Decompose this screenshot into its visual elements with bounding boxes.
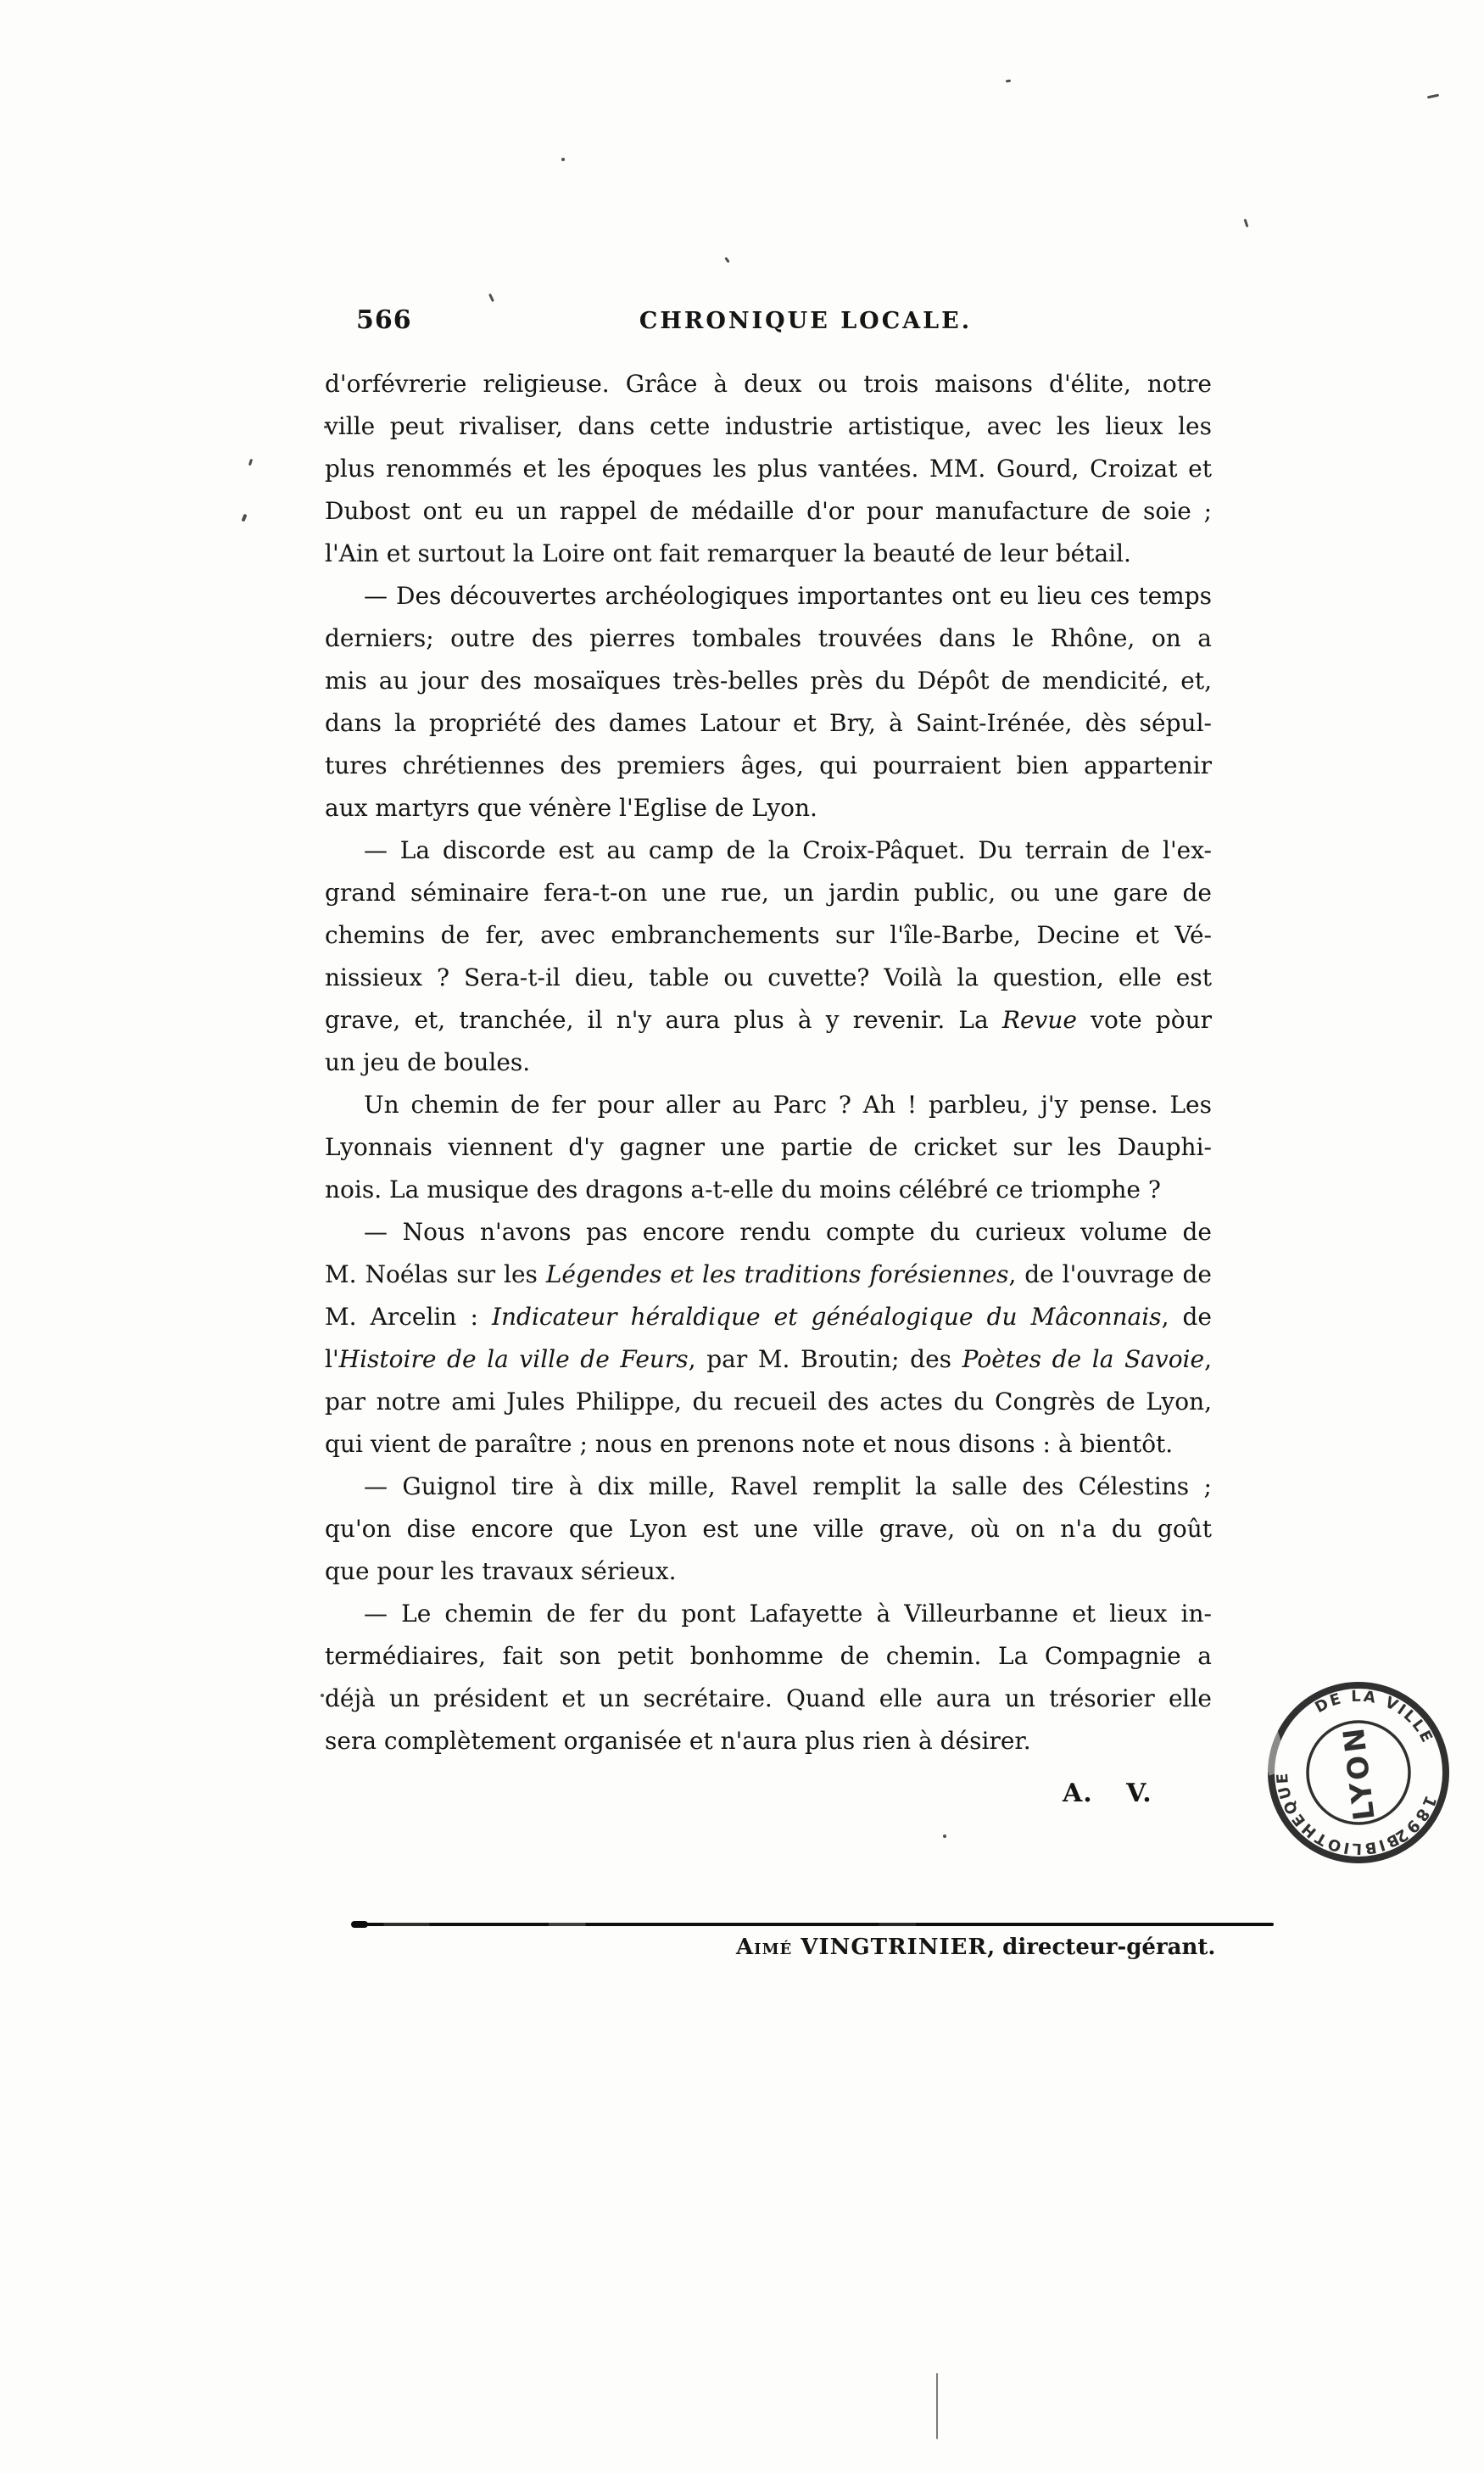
text-line: — Le chemin de fer du pont Lafayette à V… bbox=[325, 1593, 1212, 1635]
text-line: derniers; outre des pierres tombales tro… bbox=[325, 617, 1212, 660]
imprint: Aimé VINGTRINIER, directeur-gérant. bbox=[736, 1935, 1216, 1960]
text-line: — Guignol tire à dix mille, Ravel rempli… bbox=[325, 1466, 1212, 1508]
scan-speck bbox=[321, 1694, 324, 1697]
scan-speck bbox=[324, 426, 327, 428]
scan-speck bbox=[241, 514, 247, 522]
footer-rule bbox=[356, 1923, 1274, 1926]
imprint-name: Aimé VINGTRINIER bbox=[736, 1935, 987, 1960]
text-line: nois. La musique des dragons a-t-elle du… bbox=[325, 1169, 1212, 1211]
text-line: que pour les travaux sérieux. bbox=[325, 1550, 1212, 1593]
text-line: grave, et, tranchée, il n'y aura plus à … bbox=[325, 999, 1212, 1042]
text-line: — Nous n'avons pas encore rendu compte d… bbox=[325, 1211, 1212, 1254]
text-line: nissieux ? Sera-t-il dieu, table ou cuve… bbox=[325, 957, 1212, 999]
library-stamp-icon: DE LA VILLE 1892 BIBLIOTHEQUE LYON bbox=[1261, 1675, 1456, 1870]
text-line: Un chemin de fer pour aller au Parc ? Ah… bbox=[325, 1084, 1212, 1126]
text-line: M. Noélas sur les Légendes et les tradit… bbox=[325, 1254, 1212, 1296]
text-line: l'Histoire de la ville de Feurs, par M. … bbox=[325, 1338, 1212, 1381]
text-line: mis au jour des mosaïques très-belles pr… bbox=[325, 660, 1212, 702]
text-line: par notre ami Jules Philippe, du recueil… bbox=[325, 1381, 1212, 1423]
text-line: l'Ain et surtout la Loire ont fait remar… bbox=[325, 533, 1212, 575]
signature: A. V. bbox=[1063, 1779, 1152, 1808]
text-line: qu'on dise encore que Lyon est une ville… bbox=[325, 1508, 1212, 1550]
stamp-arc-top-text: DE LA VILLE bbox=[1312, 1688, 1437, 1747]
scan-speck bbox=[724, 257, 729, 263]
running-title: CHRONIQUE LOCALE. bbox=[551, 308, 1060, 334]
text-line: qui vient de paraître ; nous en prenons … bbox=[325, 1423, 1212, 1466]
text-line: aux martyrs que vénère l'Eglise de Lyon. bbox=[325, 787, 1212, 829]
text-line: tures chrétiennes des premiers âges, qui… bbox=[325, 745, 1212, 787]
text-line: termédiaires, fait son petit bonhomme de… bbox=[325, 1635, 1212, 1678]
scan-speck bbox=[488, 293, 494, 302]
imprint-role: , directeur-gérant. bbox=[987, 1935, 1215, 1960]
text-line: ville peut rivaliser, dans cette industr… bbox=[325, 405, 1212, 448]
text-line: Dubost ont eu un rappel de médaille d'or… bbox=[325, 490, 1212, 533]
text-line: grand séminaire fera-t-on une rue, un ja… bbox=[325, 872, 1212, 914]
text-line: Lyonnais viennent d'y gagner une partie … bbox=[325, 1126, 1212, 1169]
scan-speck bbox=[1006, 80, 1011, 83]
scanned-page: 566 CHRONIQUE LOCALE. d'orfévrerie relig… bbox=[0, 0, 1484, 2474]
scan-speck bbox=[561, 158, 565, 161]
text-line: d'orfévrerie religieuse. Grâce à deux ou… bbox=[325, 363, 1212, 405]
page-number: 566 bbox=[356, 305, 412, 335]
scan-speck bbox=[943, 1835, 946, 1838]
text-line: sera complètement organisée et n'aura pl… bbox=[325, 1720, 1212, 1762]
text-line: — La discorde est au camp de la Croix-Pâ… bbox=[325, 829, 1212, 872]
text-line: M. Arcelin : Indicateur héraldique et gé… bbox=[325, 1296, 1212, 1338]
stamp-arc-bottom-text: BIBLIOTHEQUE bbox=[1274, 1771, 1402, 1857]
stamp-city-text: LYON bbox=[1336, 1723, 1381, 1822]
text-line: plus renommés et les époques les plus va… bbox=[325, 448, 1212, 490]
scan-speck bbox=[248, 459, 253, 466]
scan-edge-line bbox=[936, 2373, 938, 2439]
scan-speck bbox=[1244, 219, 1249, 227]
body-text: d'orfévrerie religieuse. Grâce à deux ou… bbox=[325, 363, 1212, 1762]
text-line: un jeu de boules. bbox=[325, 1042, 1212, 1084]
text-line: déjà un président et un secrétaire. Quan… bbox=[325, 1678, 1212, 1720]
svg-text:BIBLIOTHEQUE: BIBLIOTHEQUE bbox=[1274, 1771, 1402, 1857]
svg-text:DE LA VILLE: DE LA VILLE bbox=[1312, 1688, 1437, 1747]
text-line: — Des découvertes archéologiques importa… bbox=[325, 575, 1212, 617]
text-line: dans la propriété des dames Latour et Br… bbox=[325, 702, 1212, 745]
scan-speck bbox=[1427, 94, 1439, 99]
text-line: chemins de fer, avec embranchements sur … bbox=[325, 914, 1212, 957]
